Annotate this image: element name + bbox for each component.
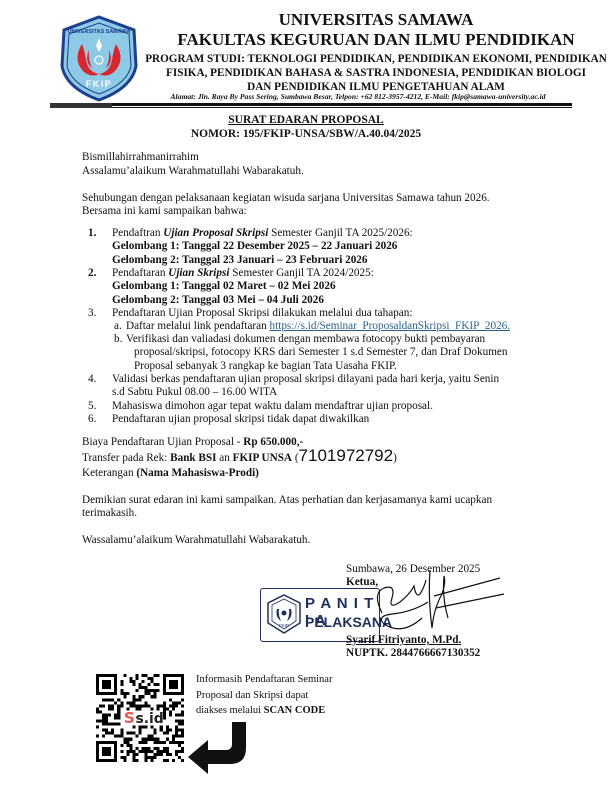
letter-number: NOMOR: 195/FKIP-UNSA/SBW/A.40.04/2025 <box>0 127 612 141</box>
intro-line-2: Bersama ini kami sampaikan bahwa: <box>82 205 247 218</box>
intro-line-1: Sehubungan dengan pelaksanaan kegiatan w… <box>82 192 490 205</box>
university-logo-icon: FKIP UNIVERSITAS SAMAWA <box>58 14 140 102</box>
letterhead-address: Alamat: Jln. Raya By Pass Sering, Sumbaw… <box>108 92 608 102</box>
closing-line-1: Demikian surat edaran ini kami sampaikan… <box>82 494 492 507</box>
list-item-4: 4. Validasi berkas pendaftaran ujian pro… <box>112 373 499 400</box>
stamp-logo-icon: FKIP <box>265 593 303 635</box>
qr-code[interactable]: Ss.id <box>96 673 184 763</box>
svg-text:s.id: s.id <box>135 711 163 727</box>
signer-id: NUPTK. 2844766667130352 <box>346 647 480 660</box>
university-name: UNIVERSITAS SAMAWA <box>140 10 612 30</box>
greeting: Assalamu’alaikum Warahmatullahi Wabaraka… <box>82 165 304 178</box>
letter-heading: SURAT EDARAN PROPOSAL <box>228 114 383 126</box>
closing-line-2: terimakasih. <box>82 507 137 520</box>
wave-2: Gelombang 2: Tanggal 03 Mei – 04 Juli 20… <box>112 294 374 307</box>
faculty-name: FAKULTAS KEGURUAN DAN ILMU PENDIDIKAN <box>140 30 612 50</box>
letter-title: SURAT EDARAN PROPOSAL NOMOR: 195/FKIP-UN… <box>0 113 612 141</box>
wave-2: Gelombang 2: Tanggal 23 Januari – 23 Feb… <box>112 254 413 267</box>
transfer-line: Transfer pada Rek: Bank BSI an FKIP UNSA… <box>82 449 397 465</box>
fee-value: Rp 650.000,- <box>243 436 303 448</box>
account-number: 7101972792 <box>299 446 394 465</box>
basmalah: Bismillahirrahmanirrahim <box>82 151 199 164</box>
list-item-2: 2. Pendaftaran Ujian Skripsi Semester Ga… <box>112 267 374 307</box>
svg-text:UNIVERSITAS SAMAWA: UNIVERSITAS SAMAWA <box>68 29 131 35</box>
svg-text:FKIP: FKIP <box>86 79 113 89</box>
svg-text:S: S <box>124 709 135 727</box>
list-item-6: 6. Pendaftaran ujian proposal skripsi ti… <box>112 413 369 426</box>
farewell: Wassalamu’alaikum Warahmatullahi Wabarak… <box>82 534 310 547</box>
note-line: Keterangan (Nama Mahasiswa-Prodi) <box>82 467 259 480</box>
list-subitem-b: b. Verifikasi dan valiadasi dokumen deng… <box>126 333 507 373</box>
svg-text:FKIP: FKIP <box>279 623 289 628</box>
header-divider-accent <box>50 103 112 108</box>
header-divider-thin <box>50 107 572 108</box>
study-programs: PROGRAM STUDI: TEKNOLOGI PENDIDIKAN, PEN… <box>140 52 612 94</box>
signer-name: Syarif Fitriyanto, M.Pd. <box>346 634 461 647</box>
fee-line: Biaya Pendaftaran Ujian Proposal - Rp 65… <box>82 436 303 449</box>
list-subitem-a: a. Daftar melalui link pendaftaran https… <box>126 320 510 333</box>
qr-info: Informasih Pendaftaran Seminar Proposal … <box>196 672 332 719</box>
wave-1: Gelombang 1: Tanggal 02 Maret – 02 Mei 2… <box>112 280 374 293</box>
header-divider <box>50 103 572 106</box>
list-item-1: 1. Pendaftran Ujian Proposal Skripsi Sem… <box>112 227 413 267</box>
curved-arrow-icon <box>186 718 250 774</box>
registration-link[interactable]: https://s.id/Seminar_ProposaldanSkripsi_… <box>270 320 511 332</box>
wave-1: Gelombang 1: Tanggal 22 Desember 2025 – … <box>112 240 413 253</box>
list-item-5: 5. Mahasiswa dimohon agar tepat waktu da… <box>112 400 433 413</box>
list-item-3: 3. Pendaftaran Ujian Proposal Skripsi di… <box>112 307 412 320</box>
